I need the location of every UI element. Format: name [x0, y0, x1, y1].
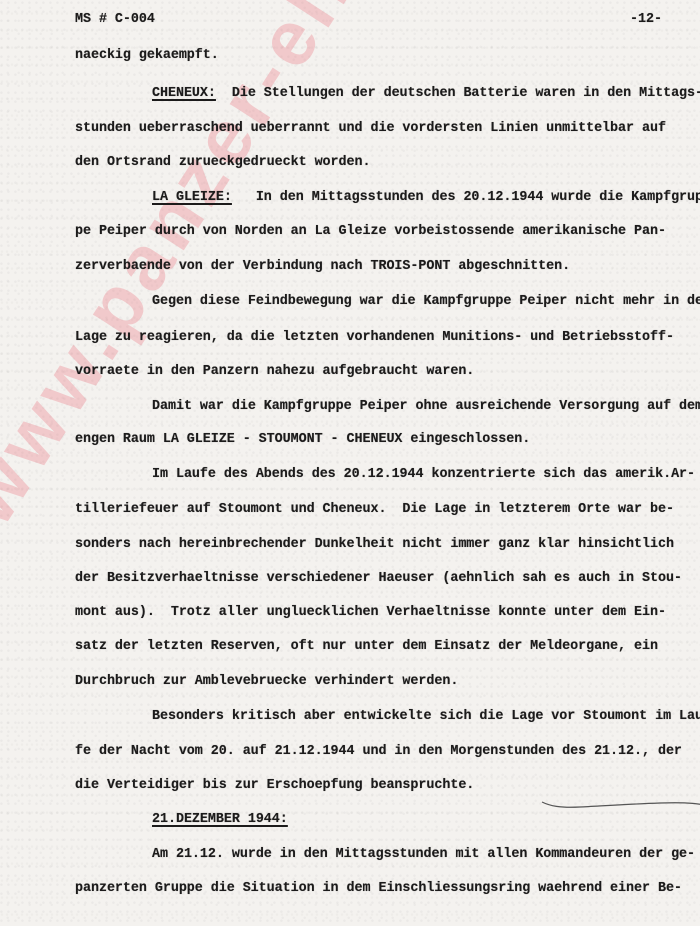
text-line: Besonders kritisch aber entwickelte sich… [152, 709, 700, 724]
text-line: panzerten Gruppe die Situation in dem Ei… [75, 881, 682, 896]
scanned-document-page: www.panzer-elmo.org MS # C-004 -12- naec… [0, 0, 700, 926]
section-heading-cheneux: CHENEUX: [152, 86, 216, 101]
text-line: stunden ueberraschend ueberrannt und die… [75, 121, 666, 136]
text-line: Am 21.12. wurde in den Mittagsstunden mi… [152, 847, 695, 862]
text-line: die Verteidiger bis zur Erschoepfung bea… [75, 778, 474, 793]
document-id: MS # C-004 [75, 12, 155, 27]
text-line: Im Laufe des Abends des 20.12.1944 konze… [152, 467, 695, 482]
section-heading-21-dezember: 21.DEZEMBER 1944: [152, 812, 288, 827]
text-line: mont aus). Trotz aller ungluecklichen Ve… [75, 605, 666, 620]
text-line: vorraete in den Panzern nahezu aufgebrau… [75, 364, 474, 379]
text-line: sonders nach hereinbrechender Dunkelheit… [75, 537, 674, 552]
text-line: den Ortsrand zurueckgedrueckt worden. [75, 155, 370, 170]
text-line: Gegen diese Feindbewegung war die Kampfg… [152, 294, 700, 309]
text-line: engen Raum LA GLEIZE - STOUMONT - CHENEU… [75, 432, 530, 447]
text-line: Damit war die Kampfgruppe Peiper ohne au… [152, 399, 700, 414]
paragraph-cheneux-line: CHENEUX: Die Stellungen der deutschen Ba… [152, 86, 700, 101]
page-number: -12- [630, 12, 662, 27]
text-line: fe der Nacht vom 20. auf 21.12.1944 und … [75, 744, 682, 759]
pen-mark [540, 798, 700, 812]
text-line: satz der letzten Reserven, oft nur unter… [75, 639, 658, 654]
text-line: Durchbruch zur Amblevebruecke verhindert… [75, 674, 458, 689]
text-line: pe Peiper durch von Norden an La Gleize … [75, 224, 666, 239]
section-heading-la-gleize: LA GLEIZE: [152, 190, 232, 205]
text-line: Lage zu reagieren, da die letzten vorhan… [75, 330, 674, 345]
text-line: naeckig gekaempft. [75, 48, 219, 63]
text-line: zerverbaende von der Verbindung nach TRO… [75, 259, 570, 274]
paragraph-la-gleize-line: LA GLEIZE: In den Mittagsstunden des 20.… [152, 190, 700, 205]
text-line: der Besitzverhaeltnisse verschiedener Ha… [75, 571, 682, 586]
text-line: tilleriefeuer auf Stoumont und Cheneux. … [75, 502, 674, 517]
